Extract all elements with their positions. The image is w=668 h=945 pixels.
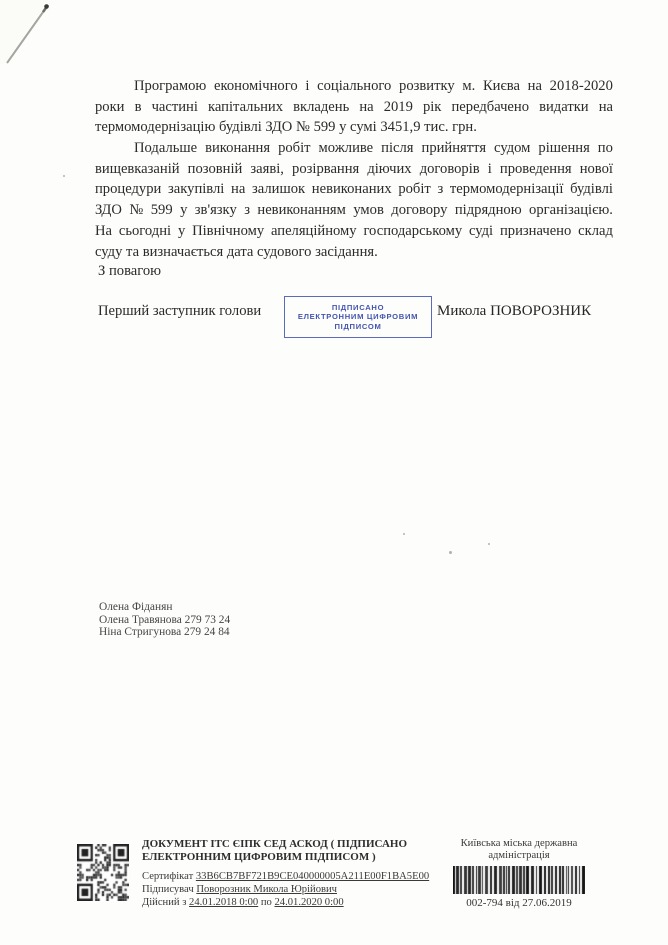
body-line: НасьогодніуПівнічномуапеляційномугоспода… xyxy=(95,221,613,242)
signer-value: Поворозник Микола Юрійович xyxy=(196,884,337,895)
scan-speck xyxy=(488,543,490,545)
scan-speck xyxy=(449,551,452,554)
registration-block: Київська міська державна адміністрація 0… xyxy=(444,838,594,909)
certificate-row: Сертифікат 33B6CB7BF721B9CE040000005A211… xyxy=(142,870,462,883)
signer-position: Перший заступник голови xyxy=(98,303,261,320)
esign-header-line: ДОКУМЕНТ ІТС ЄІПК СЕД АСКОД ( ПІДПИСАНО xyxy=(142,838,462,851)
validity-label-from: Дійсний з xyxy=(142,897,186,908)
contacts-block: Олена Фіданян Олена Травянова 279 73 24 … xyxy=(99,601,230,639)
contact-line: Ніна Стригунова 279 24 84 xyxy=(99,626,230,639)
validity-row: Дійсний з 24.01.2018 0:00 по 24.01.2020 … xyxy=(142,896,462,909)
signature-row: Перший заступник голови ПІДПИСАНО ЕЛЕКТР… xyxy=(0,295,668,345)
signer-row: Підписувач Поворозник Микола Юрійович xyxy=(142,883,462,896)
body-line: вищевказанійпозовнійзаяві,розірваннядіюч… xyxy=(95,159,613,180)
scan-speck xyxy=(403,533,405,535)
signer-name: Микола ПОВОРОЗНИК xyxy=(437,303,591,320)
registration-number: 002-794 від 27.06.2019 xyxy=(444,897,594,909)
qr-code xyxy=(77,844,129,906)
body-line: ЗДО№599узв'язкузневиконаннямумовдоговору… xyxy=(95,200,613,221)
esign-header-line: ЕЛЕКТРОННИМ ЦИФРОВИМ ПІДПИСОМ ) xyxy=(142,851,462,864)
body-line: процедуризакупівліназалишокневиконанихро… xyxy=(95,179,613,200)
page-fold-artifact xyxy=(0,0,70,80)
validity-to: 24.01.2020 0:00 xyxy=(274,897,343,908)
validity-label-to: по xyxy=(261,897,272,908)
stamp-line: ПІДПИСАНО xyxy=(332,303,384,313)
body-line: Програмоюекономічногоісоціальногорозвитк… xyxy=(95,76,613,97)
certificate-value: 33B6CB7BF721B9CE040000005A211E00F1BA5E00 xyxy=(196,871,429,882)
digital-signature-stamp: ПІДПИСАНО ЕЛЕКТРОННИМ ЦИФРОВИМ ПІДПИСОМ xyxy=(284,296,432,338)
validity-from: 24.01.2018 0:00 xyxy=(189,897,258,908)
letter-body: Програмоюекономічногоісоціальногорозвитк… xyxy=(95,76,613,262)
scanned-letter-page: Програмоюекономічногоісоціальногорозвитк… xyxy=(0,0,668,945)
registration-barcode xyxy=(453,866,585,894)
esign-header: ДОКУМЕНТ ІТС ЄІПК СЕД АСКОД ( ПІДПИСАНО … xyxy=(142,838,462,864)
contact-line: Олена Травянова 279 73 24 xyxy=(99,614,230,627)
certificate-label: Сертифікат xyxy=(142,871,193,882)
signer-label: Підписувач xyxy=(142,884,194,895)
closing-phrase: З повагою xyxy=(98,261,161,281)
body-line: рокивчастинікапітальнихвкладеньна2019рік… xyxy=(95,97,613,118)
stamp-line: ЕЛЕКТРОННИМ ЦИФРОВИМ xyxy=(298,312,418,322)
organization-line: Київська міська державна xyxy=(444,838,594,850)
contact-line: Олена Фіданян xyxy=(99,601,230,614)
scan-speck xyxy=(63,175,65,177)
esign-info-block: ДОКУМЕНТ ІТС ЄІПК СЕД АСКОД ( ПІДПИСАНО … xyxy=(142,838,462,909)
body-line: термомодернізацію будівлі ЗДО № 599 у су… xyxy=(95,117,613,138)
organization-line: адміністрація xyxy=(444,850,594,862)
organization-name: Київська міська державна адміністрація xyxy=(444,838,594,863)
stamp-line: ПІДПИСОМ xyxy=(334,322,381,332)
body-line: суду та визначається дата судового засід… xyxy=(95,242,613,263)
body-line: Подальшевиконанняробітможливепісляприйня… xyxy=(95,138,613,159)
